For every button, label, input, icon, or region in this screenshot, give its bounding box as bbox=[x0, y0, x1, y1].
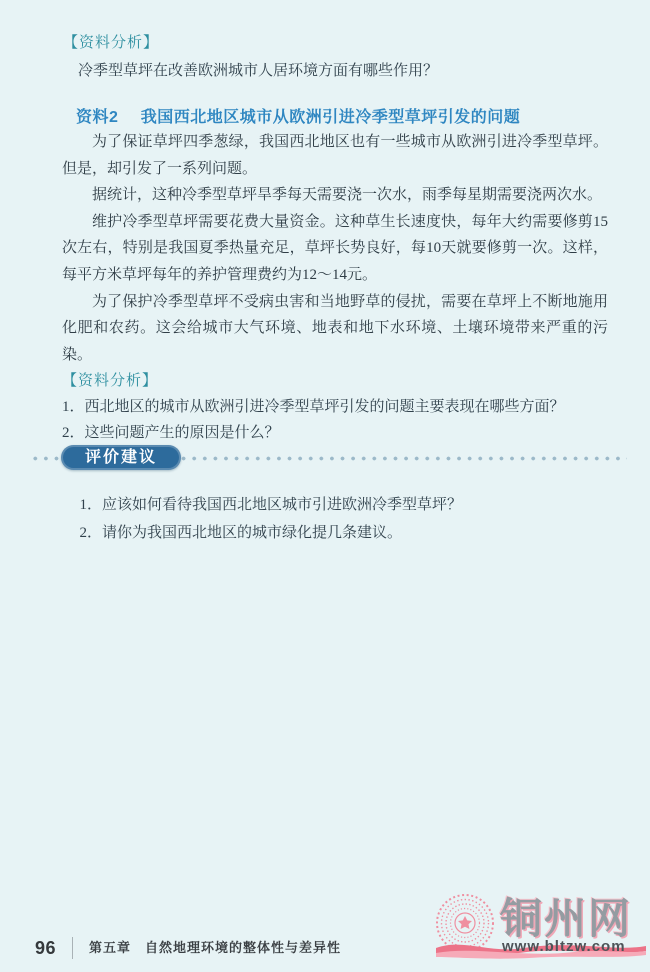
chapter-title: 第五章 自然地理环境的整体性与差异性 bbox=[72, 937, 341, 959]
material-analysis-top: 【资料分析】 冷季型草坪在改善欧洲城市人居环境方面有哪些作用？ bbox=[63, 31, 608, 84]
material2-body: 为了保证草坪四季葱绿，我国西北地区也有一些城市从欧洲引进冷季型草坪。但是，却引发… bbox=[62, 129, 608, 446]
analysis-question-1: 1．西北地区的城市从欧洲引进冷季型草坪引发的问题主要表现在哪些方面？ bbox=[62, 394, 608, 420]
paragraph: 据统计，这种冷季型草坪旱季每天需要浇一次水，雨季每星期需要浇两次水。 bbox=[62, 182, 608, 209]
page-number: 96 bbox=[35, 938, 56, 959]
paragraph: 为了保护冷季型草坪不受病虫害和当地野草的侵扰，需要在草坪上不断地施用化肥和农药。… bbox=[62, 289, 608, 369]
textbook-page: 【资料分析】 冷季型草坪在改善欧洲城市人居环境方面有哪些作用？ 资料2我国西北地… bbox=[0, 0, 650, 972]
paragraph: 维护冷季型草坪需要花费大量资金。这种草生长速度快，每年大约需要修剪15次左右，特… bbox=[62, 209, 608, 289]
evaluation-section-header: 评价建议 bbox=[30, 445, 627, 472]
evaluation-item-1: 1．应该如何看待我国西北地区城市引进欧洲冷季型草坪？ bbox=[63, 492, 603, 520]
material-analysis-label: 【资料分析】 bbox=[62, 369, 608, 394]
analysis-question-2: 2．这些问题产生的原因是什么？ bbox=[62, 420, 608, 446]
material2-heading: 资料2我国西北地区城市从欧洲引进冷季型草坪引发的问题 bbox=[76, 104, 606, 127]
watermark-url: www.bltzw.com bbox=[502, 938, 626, 955]
evaluation-items: 1．应该如何看待我国西北地区城市引进欧洲冷季型草坪？ 2．请你为我国西北地区的城… bbox=[63, 492, 603, 547]
material-analysis-label: 【资料分析】 bbox=[63, 31, 608, 56]
evaluation-item-2: 2．请你为我国西北地区的城市绿化提几条建议。 bbox=[63, 520, 603, 548]
page-footer: 96 第五章 自然地理环境的整体性与差异性 bbox=[35, 936, 341, 960]
watermark-site-name: 铜州网 bbox=[500, 886, 632, 946]
material-analysis-question: 冷季型草坪在改善欧洲城市人居环境方面有哪些作用？ bbox=[63, 59, 608, 84]
evaluation-header-pill: 评价建议 bbox=[61, 445, 181, 470]
material2-tag: 资料2 bbox=[76, 109, 118, 126]
site-watermark: 铜州网 www.bltzw.com bbox=[434, 890, 648, 968]
material2-title: 我国西北地区城市从欧洲引进冷季型草坪引发的问题 bbox=[141, 109, 521, 126]
paragraph: 为了保证草坪四季葱绿，我国西北地区也有一些城市从欧洲引进冷季型草坪。但是，却引发… bbox=[62, 129, 608, 182]
